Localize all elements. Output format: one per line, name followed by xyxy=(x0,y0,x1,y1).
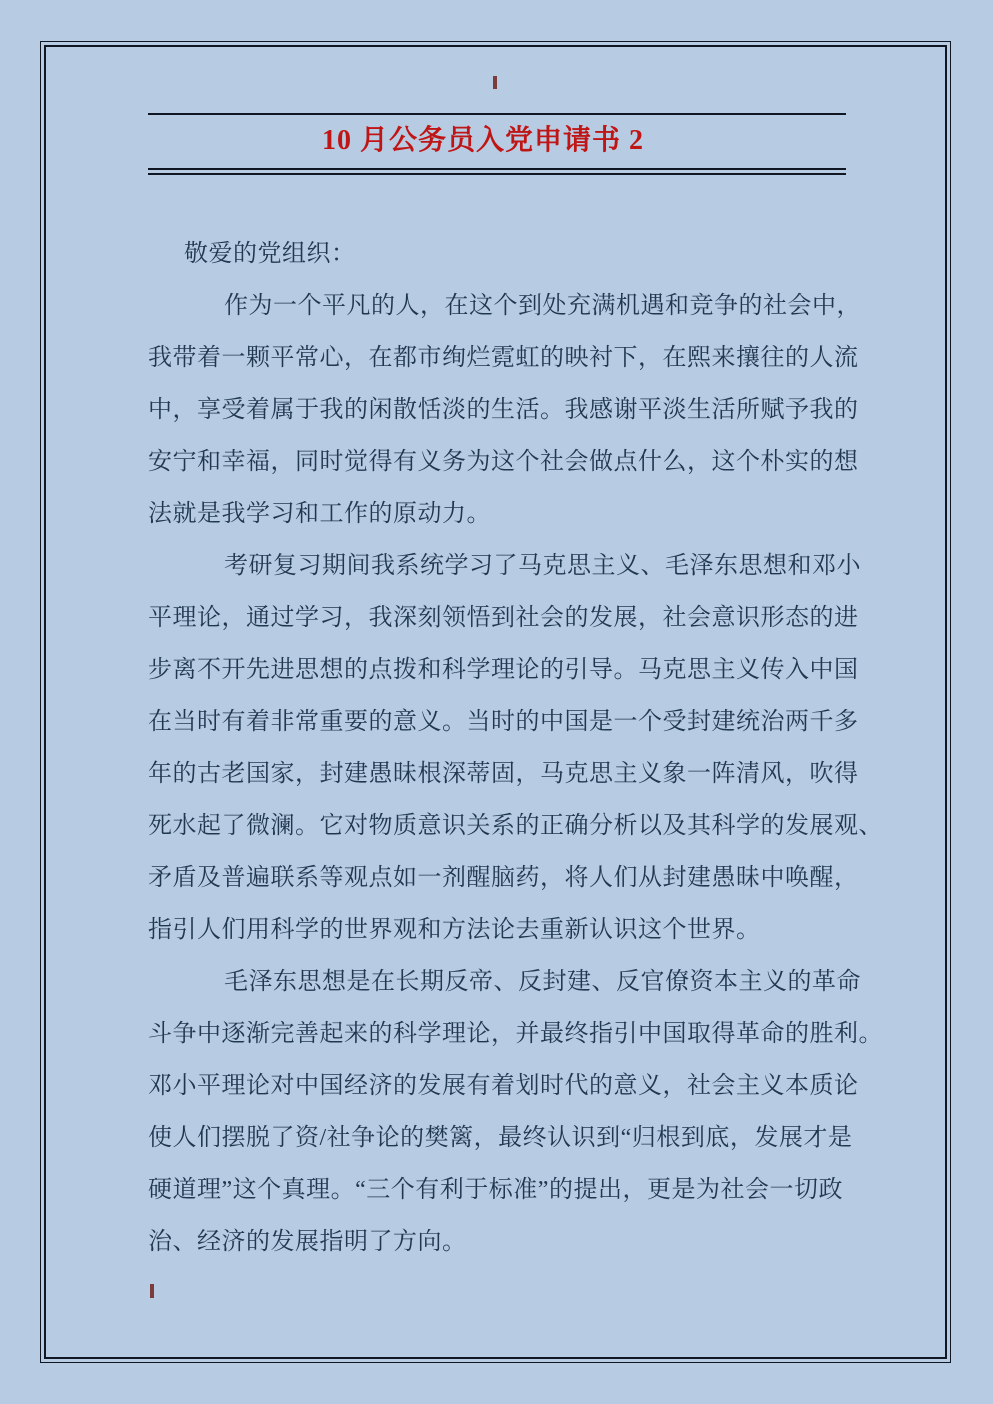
text-line: 考研复习期间我系统学习了马克思主义、毛泽东思想和邓小 xyxy=(148,540,846,592)
title-rule-bottom xyxy=(148,168,846,175)
text-line: 毛泽东思想是在长期反帝、反封建、反官僚资本主义的革命 xyxy=(148,956,846,1008)
text-line: 步离不开先进思想的点拨和科学理论的引导。马克思主义传入中国 xyxy=(148,644,846,696)
salutation-line: 敬爱的党组织： xyxy=(148,228,846,280)
document-body: 敬爱的党组织： 作为一个平凡的人，在这个到处充满机遇和竞争的社会中，我带着一颗平… xyxy=(148,228,846,1268)
text-line: 使人们摆脱了资/社争论的樊篱，最终认识到“归根到底，发展才是 xyxy=(148,1112,846,1164)
text-line: 年的古老国家，封建愚昧根深蒂固，马克思主义象一阵清风，吹得 xyxy=(148,748,846,800)
text-line: 治、经济的发展指明了方向。 xyxy=(148,1216,846,1268)
text-line: 作为一个平凡的人，在这个到处充满机遇和竞争的社会中， xyxy=(148,280,846,332)
text-line: 中，享受着属于我的闲散恬淡的生活。我感谢平淡生活所赋予我的 xyxy=(148,384,846,436)
text-line: 邓小平理论对中国经济的发展有着划时代的意义，社会主义本质论 xyxy=(148,1060,846,1112)
text-line: 矛盾及普遍联系等观点如一剂醒脑药，将人们从封建愚昧中唤醒， xyxy=(148,852,846,904)
text-line: 斗争中逐渐完善起来的科学理论，并最终指引中国取得革命的胜利。 xyxy=(148,1008,846,1060)
text-cursor-mark-bottom xyxy=(150,1284,154,1298)
page-title: 10 月公务员入党申请书 2 xyxy=(148,124,846,158)
text-line: 我带着一颗平常心，在都市绚烂霓虹的映衬下，在熙来攘往的人流 xyxy=(148,332,846,384)
text-line: 指引人们用科学的世界观和方法论去重新认识这个世界。 xyxy=(148,904,846,956)
text-line: 硬道理”这个真理。“三个有利于标准”的提出，更是为社会一切政 xyxy=(148,1164,846,1216)
document-page: 10 月公务员入党申请书 2 敬爱的党组织： 作为一个平凡的人，在这个到处充满机… xyxy=(0,0,993,1404)
title-rule-top xyxy=(148,113,846,115)
text-line: 安宁和幸福，同时觉得有义务为这个社会做点什么，这个朴实的想 xyxy=(148,436,846,488)
text-cursor-mark-top xyxy=(493,76,497,89)
text-line: 平理论，通过学习，我深刻领悟到社会的发展，社会意识形态的进 xyxy=(148,592,846,644)
text-line: 法就是我学习和工作的原动力。 xyxy=(148,488,846,540)
text-line: 死水起了微澜。它对物质意识关系的正确分析以及其科学的发展观、 xyxy=(148,800,846,852)
text-line: 在当时有着非常重要的意义。当时的中国是一个受封建统治两千多 xyxy=(148,696,846,748)
